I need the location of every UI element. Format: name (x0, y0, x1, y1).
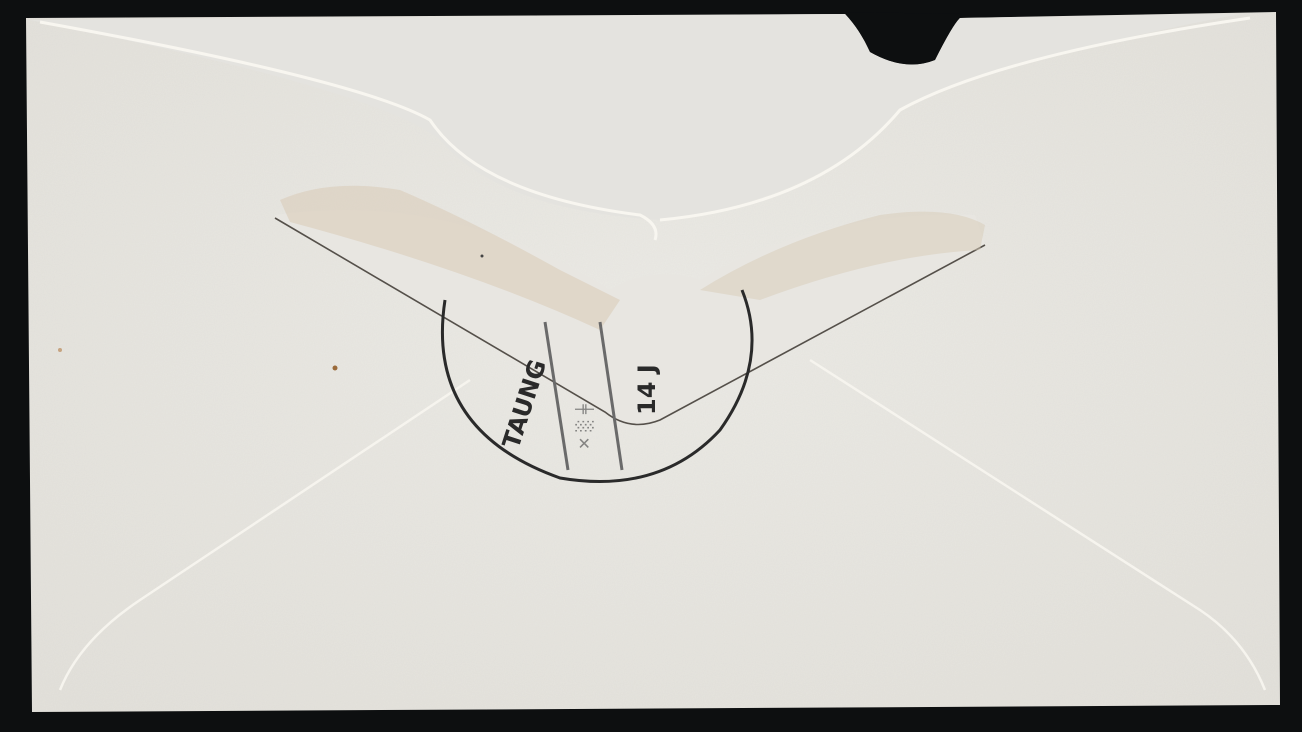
postmark-middle: ✕ ░ ╪ (574, 404, 594, 450)
envelope-photo: TAUNG 14 J ✕ ░ ╪ (0, 0, 1302, 732)
postmark-date: 14 J (633, 364, 661, 415)
